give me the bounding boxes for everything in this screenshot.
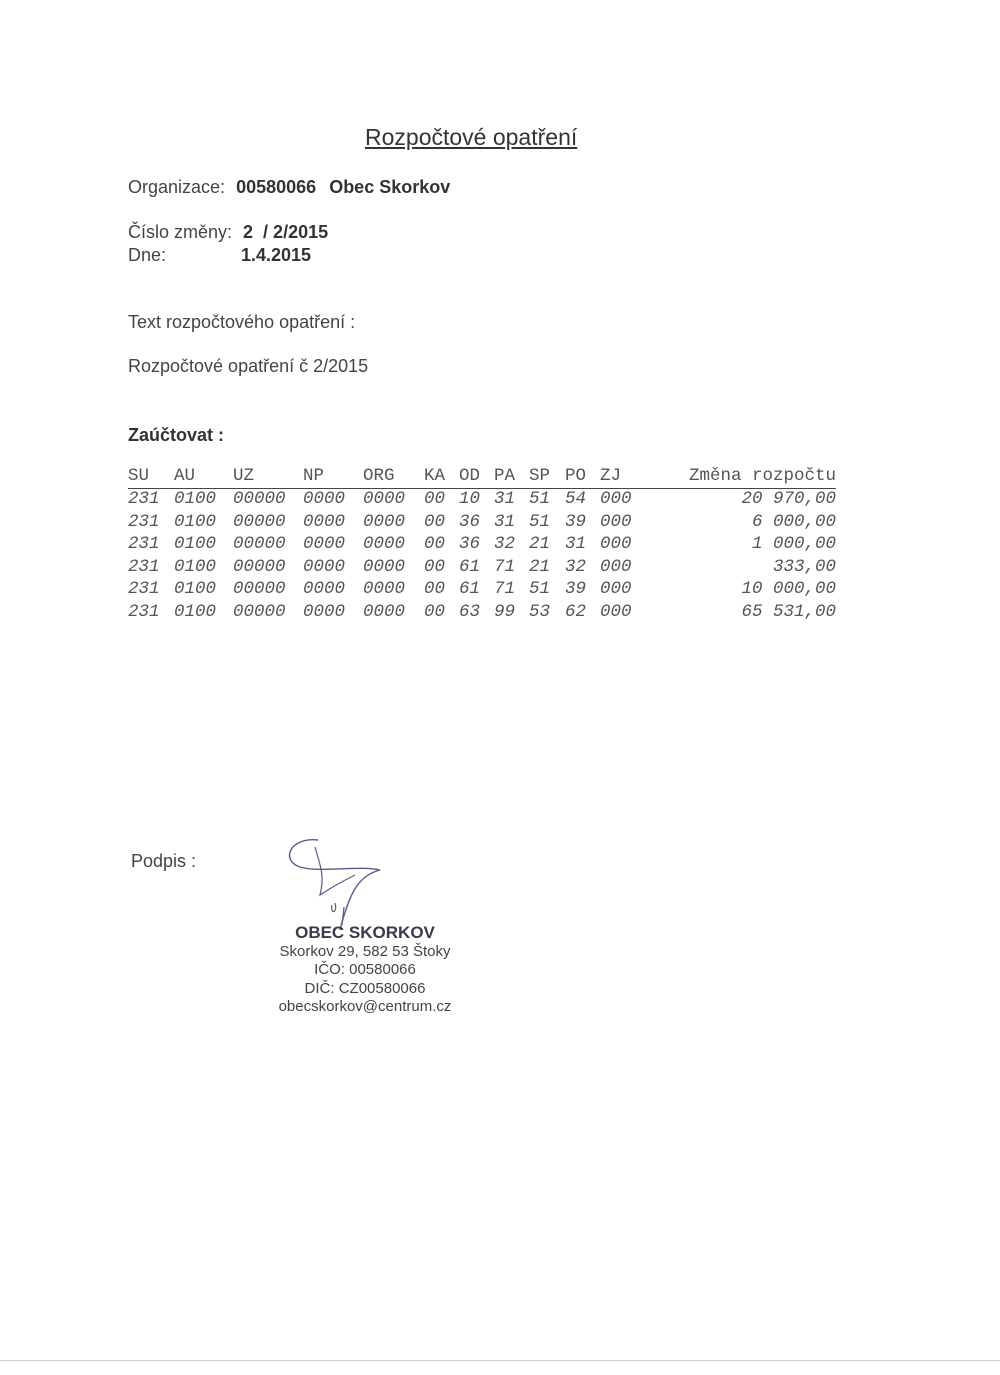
column-header: ORG (363, 466, 395, 486)
code-cell: 000 (600, 512, 632, 532)
code-cell: 31 (494, 489, 515, 509)
code-cell: 39 (565, 579, 586, 599)
code-cell: 0000 (363, 512, 405, 532)
stamp-email: obecskorkov@centrum.cz (240, 998, 490, 1017)
code-cell: 00000 (233, 579, 286, 599)
code-cell: 0100 (174, 534, 216, 554)
stamp-ico: IČO: 00580066 (240, 961, 490, 980)
code-cell: 0000 (363, 557, 405, 577)
table-row: 23101000000000000000006399536200065 531,… (128, 602, 836, 625)
stamp-address: Skorkov 29, 582 53 Štoky (240, 943, 490, 962)
column-header: PA (494, 466, 515, 486)
code-cell: 0000 (303, 489, 345, 509)
posting-table: SUAUUZNPORGKAODPASPPOZJZměna rozpočtu 23… (128, 466, 836, 624)
code-cell: 000 (600, 489, 632, 509)
column-header: SP (529, 466, 550, 486)
column-header: KA (424, 466, 445, 486)
column-header: NP (303, 466, 324, 486)
code-cell: 00000 (233, 512, 286, 532)
code-cell: 0000 (303, 557, 345, 577)
amount-cell: 6 000,00 (752, 512, 836, 532)
date-value: 1.4.2015 (241, 245, 311, 266)
organization-id: 00580066 (236, 177, 316, 197)
code-cell: 99 (494, 602, 515, 622)
code-cell: 21 (529, 557, 550, 577)
code-cell: 000 (600, 534, 632, 554)
code-cell: 000 (600, 557, 632, 577)
organization-label: Organizace: (128, 177, 225, 197)
stamp-dic: DIČ: CZ00580066 (240, 980, 490, 999)
column-header: UZ (233, 466, 254, 486)
signature-icon (280, 835, 400, 935)
code-cell: 00 (424, 602, 445, 622)
code-cell: 0000 (303, 579, 345, 599)
code-cell: 00000 (233, 534, 286, 554)
column-header: PO (565, 466, 586, 486)
stamp-name: OBEC SKORKOV (240, 924, 490, 943)
code-cell: 231 (128, 489, 160, 509)
code-cell: 00 (424, 557, 445, 577)
code-cell: 53 (529, 602, 550, 622)
code-cell: 10 (459, 489, 480, 509)
document-title: Rozpočtové opatření (365, 124, 577, 151)
table-row: 23101000000000000000006171513900010 000,… (128, 579, 836, 602)
code-cell: 0100 (174, 557, 216, 577)
code-cell: 0000 (363, 534, 405, 554)
signature-label: Podpis : (131, 851, 196, 872)
table-row: 2310100000000000000000363221310001 000,0… (128, 534, 836, 557)
code-cell: 000 (600, 602, 632, 622)
table-header: SUAUUZNPORGKAODPASPPOZJZměna rozpočtu (128, 466, 836, 489)
code-cell: 0000 (363, 602, 405, 622)
amount-cell: 20 970,00 (741, 489, 836, 509)
code-cell: 0100 (174, 579, 216, 599)
code-cell: 00 (424, 579, 445, 599)
column-header: OD (459, 466, 480, 486)
text-value: Rozpočtové opatření č 2/2015 (128, 356, 368, 377)
posting-label: Zaúčtovat : (128, 425, 224, 446)
code-cell: 231 (128, 512, 160, 532)
organization-line: Organizace: 00580066 Obec Skorkov (128, 177, 450, 198)
code-cell: 63 (459, 602, 480, 622)
column-header: SU (128, 466, 149, 486)
code-cell: 36 (459, 534, 480, 554)
code-cell: 00000 (233, 489, 286, 509)
amount-cell: 333,00 (773, 557, 836, 577)
code-cell: 32 (565, 557, 586, 577)
table-row: 2310100000000000000000363151390006 000,0… (128, 512, 836, 535)
code-cell: 61 (459, 557, 480, 577)
code-cell: 0000 (363, 489, 405, 509)
amount-cell: 10 000,00 (741, 579, 836, 599)
change-number-label: Číslo změny: (128, 222, 232, 242)
code-cell: 21 (529, 534, 550, 554)
code-cell: 62 (565, 602, 586, 622)
text-label: Text rozpočtového opatření : (128, 312, 355, 333)
code-cell: 00 (424, 534, 445, 554)
code-cell: 00000 (233, 602, 286, 622)
column-header: ZJ (600, 466, 621, 486)
code-cell: 00 (424, 512, 445, 532)
table-body: 23101000000000000000001031515400020 970,… (128, 489, 836, 624)
amount-cell: 1 000,00 (752, 534, 836, 554)
code-cell: 51 (529, 512, 550, 532)
code-cell: 71 (494, 557, 515, 577)
date-label: Dne: (128, 245, 166, 265)
change-number-line: Číslo změny: 2 / 2/2015 (128, 222, 328, 243)
code-cell: 0100 (174, 602, 216, 622)
code-cell: 36 (459, 512, 480, 532)
code-cell: 54 (565, 489, 586, 509)
code-cell: 51 (529, 489, 550, 509)
table-row: 23101000000000000000001031515400020 970,… (128, 489, 836, 512)
code-cell: 51 (529, 579, 550, 599)
code-cell: 00 (424, 489, 445, 509)
code-cell: 231 (128, 579, 160, 599)
code-cell: 0000 (303, 534, 345, 554)
code-cell: 0000 (303, 512, 345, 532)
code-cell: 231 (128, 602, 160, 622)
change-number-value: 2 / 2/2015 (243, 222, 328, 242)
code-cell: 00000 (233, 557, 286, 577)
column-header: AU (174, 466, 195, 486)
code-cell: 0000 (363, 579, 405, 599)
code-cell: 231 (128, 557, 160, 577)
code-cell: 0100 (174, 489, 216, 509)
code-cell: 31 (494, 512, 515, 532)
date-line: Dne: 1.4.2015 (128, 245, 166, 266)
official-stamp: OBEC SKORKOV Skorkov 29, 582 53 Štoky IČ… (240, 924, 490, 1017)
code-cell: 32 (494, 534, 515, 554)
column-header: Změna rozpočtu (689, 466, 836, 486)
code-cell: 31 (565, 534, 586, 554)
code-cell: 61 (459, 579, 480, 599)
page-edge (0, 1360, 1000, 1361)
code-cell: 39 (565, 512, 586, 532)
amount-cell: 65 531,00 (741, 602, 836, 622)
code-cell: 71 (494, 579, 515, 599)
table-row: 231010000000000000000061712132000333,00 (128, 557, 836, 580)
organization-name: Obec Skorkov (329, 177, 450, 197)
code-cell: 0000 (303, 602, 345, 622)
code-cell: 0100 (174, 512, 216, 532)
code-cell: 231 (128, 534, 160, 554)
code-cell: 000 (600, 579, 632, 599)
